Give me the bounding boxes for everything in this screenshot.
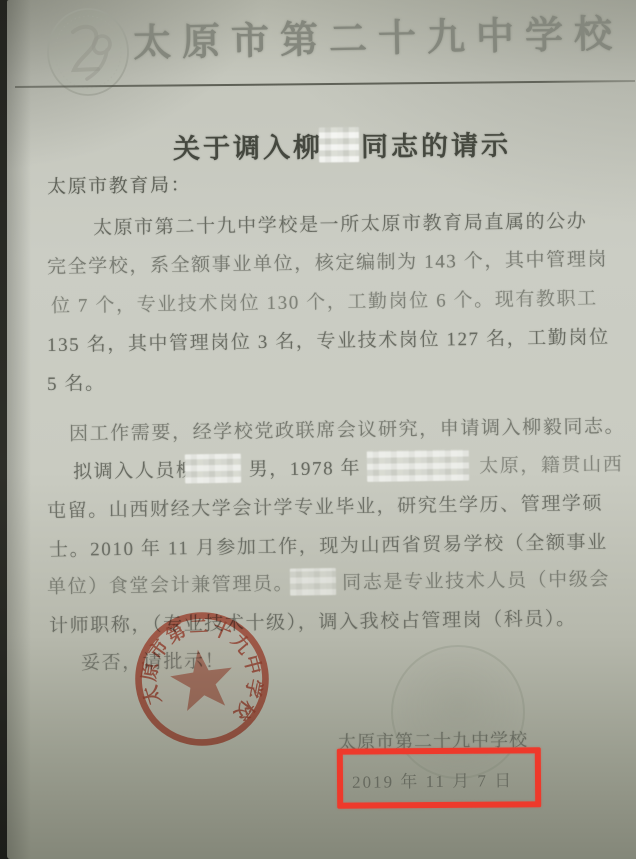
salutation-line: 太原市教育局： xyxy=(47,170,192,199)
body-line-3: 位 7 个，专业技术岗位 130 个，工勤岗位 6 个。现有教职工 xyxy=(51,283,598,318)
date-highlight-box xyxy=(337,747,541,808)
line7-part2: 男，1978 年 xyxy=(248,453,361,482)
body-line-1: 太原市第二十九中学校是一所太原市教育局直属的公办 xyxy=(93,206,588,240)
official-seal-stamp: 太原市第二十九中学校 xyxy=(104,581,301,778)
photo-frame: 太原市第二十九中学校 关于调入柳 同志的请示 太原市教育局： 太原市第二十九中学… xyxy=(0,0,636,859)
body-line-7: 拟调入人员柳 男，1978 年 太原，籍贯山西 xyxy=(73,447,624,486)
line10-part2: 同志是专业技术人员（中级会 xyxy=(342,564,610,595)
body-line-9: 士。2010 年 11 月参加工作，现为山西省贸易学校（全额事业 xyxy=(49,527,608,562)
redacted-name-blur-3 xyxy=(290,568,336,596)
body-line-6: 因工作需要，经学校党政联席会议研究，申请调入柳毅同志。 xyxy=(69,411,626,446)
line7-part3: 太原，籍贯山西 xyxy=(479,449,624,478)
title-prefix: 关于调入柳 xyxy=(173,125,323,166)
line7-part1: 拟调入人员柳 xyxy=(73,455,197,484)
body-line-5: 5 名。 xyxy=(47,368,106,396)
body-line-8: 屯留。山西财经大学会计学专业毕业，研究生学历、管理学硕 xyxy=(47,488,604,523)
redacted-name-blur-2 xyxy=(184,454,240,484)
document-paper: 太原市第二十九中学校 关于调入柳 同志的请示 太原市教育局： 太原市第二十九中学… xyxy=(7,0,636,859)
title-suffix: 同志的请示 xyxy=(361,123,511,164)
redacted-birthdate-blur xyxy=(367,449,469,481)
body-line-10: 单位）食堂会计兼管理员。 同志是专业技术人员（中级会 xyxy=(47,564,610,599)
body-line-2: 完全学校，系全额事业单位，核定编制为 143 个，其中管理岗 xyxy=(47,244,608,279)
body-line-4: 135 名，其中管理岗位 3 名，专业技术岗位 127 名，工勤岗位 xyxy=(47,322,610,357)
redacted-name-blur xyxy=(319,127,359,162)
document-title: 关于调入柳 同志的请示 xyxy=(173,123,511,166)
letterhead-school-name: 太原市第二十九中学校 xyxy=(132,2,633,67)
